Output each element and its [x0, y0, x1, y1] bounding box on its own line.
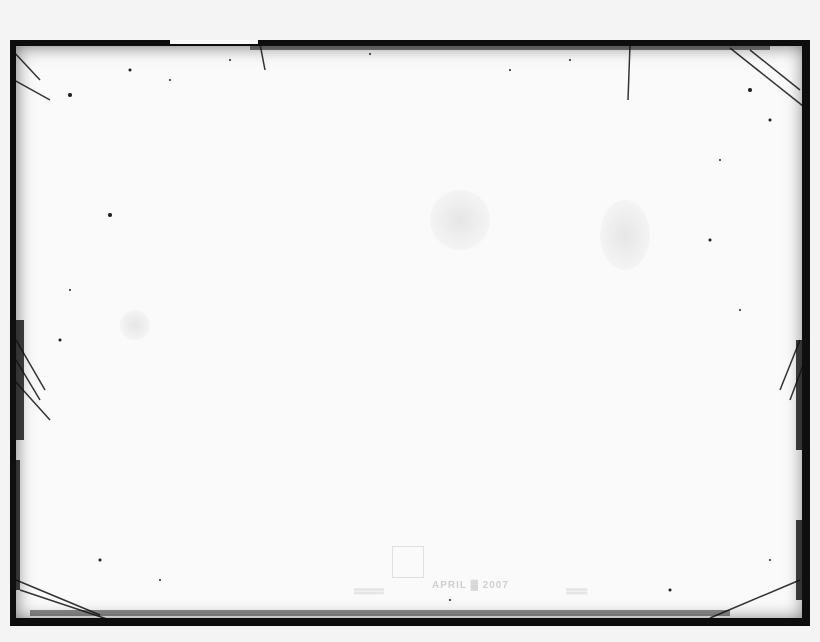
stamp-right-label: ▒▒▒▒▒ — [566, 589, 587, 595]
stamp-date: APRIL ▓ 2007 — [432, 580, 509, 591]
stain — [430, 190, 490, 250]
stamp-left-label: ▒▒▒▒▒▒▒ — [354, 589, 384, 595]
stain — [600, 200, 650, 270]
stamp-box — [392, 546, 424, 578]
grunge-frame — [10, 40, 810, 626]
stain — [120, 310, 150, 340]
